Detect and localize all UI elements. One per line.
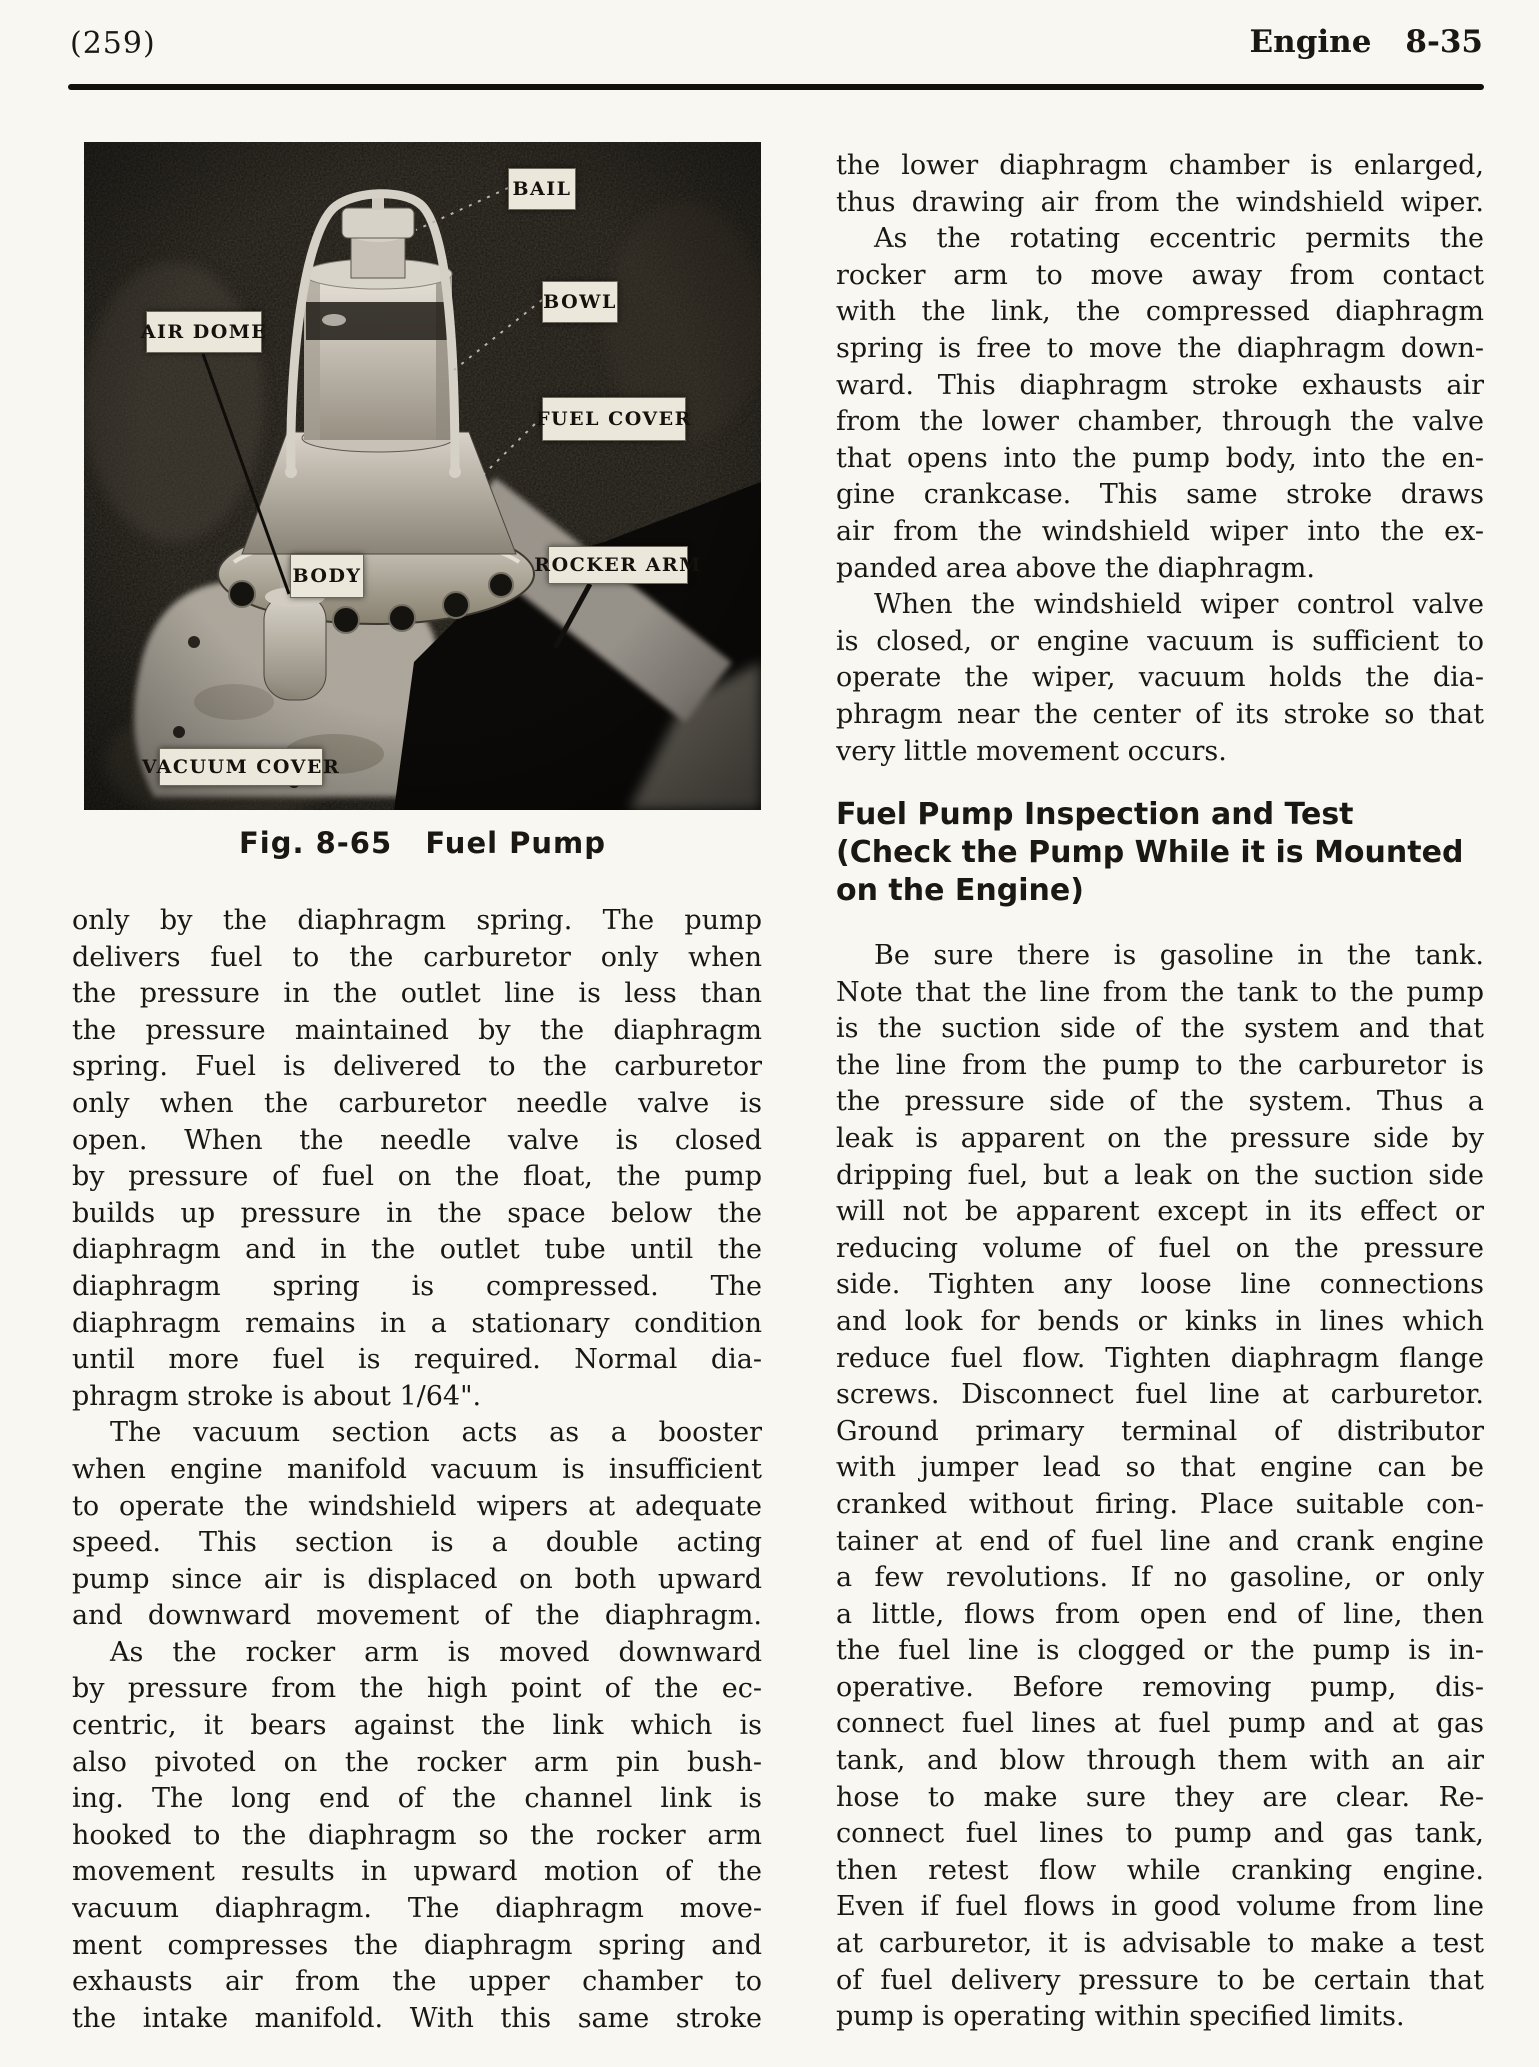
body-text-line: the fuel line is clogged or the pump is … <box>836 1633 1484 1670</box>
body-text-line: and downward movement of the diaphragm. <box>72 1598 762 1635</box>
section-heading: Fuel Pump Inspection and Test(Check the … <box>836 796 1496 910</box>
body-text-line: the intake manifold. With this same stro… <box>72 2001 762 2038</box>
body-text-line: reducing volume of fuel on the pressure <box>836 1231 1484 1268</box>
page-reference: (259) <box>70 26 156 61</box>
body-text-line: dripping fuel, but a leak on the suction… <box>836 1158 1484 1195</box>
figure-callout-label: BOWL <box>542 281 618 323</box>
body-text-line: movement results in upward motion of the <box>72 1854 762 1891</box>
body-text-line: spring. Fuel is delivered to the carbure… <box>72 1049 762 1086</box>
body-text-line: Note that the line from the tank to the … <box>836 975 1484 1012</box>
body-text-line: to operate the windshield wipers at adeq… <box>72 1489 762 1526</box>
body-text-line: air from the windshield wiper into the e… <box>836 514 1484 551</box>
body-text-line: is the suction side of the system and th… <box>836 1011 1484 1048</box>
section-title: Engine <box>1250 24 1372 60</box>
page-number: 8-35 <box>1405 24 1483 60</box>
body-text-line: that opens into the pump body, into the … <box>836 441 1484 478</box>
body-text-line: thus drawing air from the windshield wip… <box>836 185 1484 222</box>
body-text-line: operative. Before removing pump, dis- <box>836 1670 1484 1707</box>
body-text-line: vacuum diaphragm. The diaphragm move- <box>72 1891 762 1928</box>
body-text-line: connect fuel lines to pump and gas tank, <box>836 1816 1484 1853</box>
body-text-line: then retest flow while cranking engine. <box>836 1853 1484 1890</box>
figure-callout-label: VACUUM COVER <box>159 748 323 786</box>
body-text-line: the line from the pump to the carburetor… <box>836 1048 1484 1085</box>
body-text-line: diaphragm spring is compressed. The <box>72 1269 762 1306</box>
body-text-line: only by the diaphragm spring. The pump <box>72 903 762 940</box>
body-text-line: the lower diaphragm chamber is enlarged, <box>836 148 1484 185</box>
figure-callout-label: FUEL COVER <box>542 397 686 441</box>
body-text-line: is closed, or engine vacuum is sufficien… <box>836 624 1484 661</box>
body-text-line: by pressure from the high point of the e… <box>72 1671 762 1708</box>
body-text-line: Ground primary terminal of distributor <box>836 1414 1484 1451</box>
body-text-line: As the rotating eccentric permits the <box>836 221 1484 258</box>
body-text-line: centric, it bears against the link which… <box>72 1708 762 1745</box>
body-text-line: also pivoted on the rocker arm pin bush- <box>72 1745 762 1782</box>
body-text-line: open. When the needle valve is closed <box>72 1123 762 1160</box>
body-text-line: by pressure of fuel on the float, the pu… <box>72 1159 762 1196</box>
section-heading-line: on the Engine) <box>836 872 1496 910</box>
body-text-line: Even if fuel flows in good volume from l… <box>836 1889 1484 1926</box>
body-text-line: the pressure side of the system. Thus a <box>836 1084 1484 1121</box>
body-text-line: when engine manifold vacuum is insuffici… <box>72 1452 762 1489</box>
body-text-line: speed. This section is a double acting <box>72 1525 762 1562</box>
body-text-line: only when the carburetor needle valve is <box>72 1086 762 1123</box>
body-text-line: ing. The long end of the channel link is <box>72 1781 762 1818</box>
body-text-line: As the rocker arm is moved downward <box>72 1635 762 1672</box>
body-text-line: Be sure there is gasoline in the tank. <box>836 938 1484 975</box>
body-text-line: operate the wiper, vacuum holds the dia- <box>836 660 1484 697</box>
body-text-line: hose to make sure they are clear. Re- <box>836 1780 1484 1817</box>
body-text-line: reduce fuel flow. Tighten diaphragm flan… <box>836 1341 1484 1378</box>
figure-callout-label: BAIL <box>508 168 576 210</box>
body-text-line: connect fuel lines at fuel pump and at g… <box>836 1706 1484 1743</box>
body-text-line: will not be apparent except in its effec… <box>836 1194 1484 1231</box>
left-text-column: only by the diaphragm spring. The pumpde… <box>72 903 762 2037</box>
body-text-line: panded area above the diaphragm. <box>836 551 1484 588</box>
body-text-line: phragm near the center of its stroke so … <box>836 697 1484 734</box>
body-text-line: diaphragm remains in a stationary condit… <box>72 1306 762 1343</box>
right-text-column-top: the lower diaphragm chamber is enlarged,… <box>836 148 1484 770</box>
body-text-line: at carburetor, it is advisable to make a… <box>836 1926 1484 1963</box>
body-text-line: ward. This diaphragm stroke exhausts air <box>836 368 1484 405</box>
body-text-line: The vacuum section acts as a booster <box>72 1415 762 1452</box>
figure-callout-label: BODY <box>290 554 364 598</box>
figure-callout-label: ROCKER ARM <box>548 546 688 584</box>
body-text-line: screws. Disconnect fuel line at carburet… <box>836 1377 1484 1414</box>
body-text-line: until more fuel is required. Normal dia- <box>72 1342 762 1379</box>
body-text-line: diaphragm and in the outlet tube until t… <box>72 1232 762 1269</box>
body-text-line: the pressure maintained by the diaphragm <box>72 1013 762 1050</box>
body-text-line: a few revolutions. If no gasoline, or on… <box>836 1560 1484 1597</box>
body-text-line: hooked to the diaphragm so the rocker ar… <box>72 1818 762 1855</box>
body-text-line: ment compresses the diaphragm spring and <box>72 1928 762 1965</box>
body-text-line: spring is free to move the diaphragm dow… <box>836 331 1484 368</box>
body-text-line: rocker arm to move away from contact <box>836 258 1484 295</box>
body-text-line: builds up pressure in the space below th… <box>72 1196 762 1233</box>
body-text-line: very little movement occurs. <box>836 734 1484 771</box>
figure-callout-label: AIR DOME <box>146 311 262 353</box>
body-text-line: with the link, the compressed diaphragm <box>836 294 1484 331</box>
body-text-line: tainer at end of fuel line and crank eng… <box>836 1524 1484 1561</box>
body-text-line: of fuel delivery pressure to be certain … <box>836 1963 1484 2000</box>
header-rule <box>68 84 1484 90</box>
body-text-line: gine crankcase. This same stroke draws <box>836 477 1484 514</box>
body-text-line: When the windshield wiper control valve <box>836 587 1484 624</box>
body-text-line: a little, flows from open end of line, t… <box>836 1597 1484 1634</box>
body-text-line: the pressure in the outlet line is less … <box>72 976 762 1013</box>
body-text-line: and look for bends or kinks in lines whi… <box>836 1304 1484 1341</box>
body-text-line: exhausts air from the upper chamber to <box>72 1964 762 2001</box>
body-text-line: delivers fuel to the carburetor only whe… <box>72 940 762 977</box>
fuel-pump-illustration <box>84 142 761 810</box>
body-text-line: phragm stroke is about 1/64". <box>72 1379 762 1416</box>
running-head: Engine8-35 <box>1250 24 1483 60</box>
right-text-column-bottom: Be sure there is gasoline in the tank.No… <box>836 938 1484 2036</box>
body-text-line: cranked without firing. Place suitable c… <box>836 1487 1484 1524</box>
manual-page: (259) Engine8-35 <box>0 0 1539 2067</box>
body-text-line: pump since air is displaced on both upwa… <box>72 1562 762 1599</box>
body-text-line: leak is apparent on the pressure side by <box>836 1121 1484 1158</box>
body-text-line: from the lower chamber, through the valv… <box>836 404 1484 441</box>
fuel-pump-figure: BAILBOWLAIR DOMEFUEL COVERBODYROCKER ARM… <box>84 142 761 810</box>
body-text-line: with jumper lead so that engine can be <box>836 1450 1484 1487</box>
body-text-line: tank, and blow through them with an air <box>836 1743 1484 1780</box>
section-heading-line: Fuel Pump Inspection and Test <box>836 796 1496 834</box>
body-text-line: pump is operating within specified limit… <box>836 1999 1484 2036</box>
body-text-line: side. Tighten any loose line connections <box>836 1267 1484 1304</box>
figure-caption: Fig. 8-65 Fuel Pump <box>84 826 761 860</box>
section-heading-line: (Check the Pump While it is Mounted <box>836 834 1496 872</box>
